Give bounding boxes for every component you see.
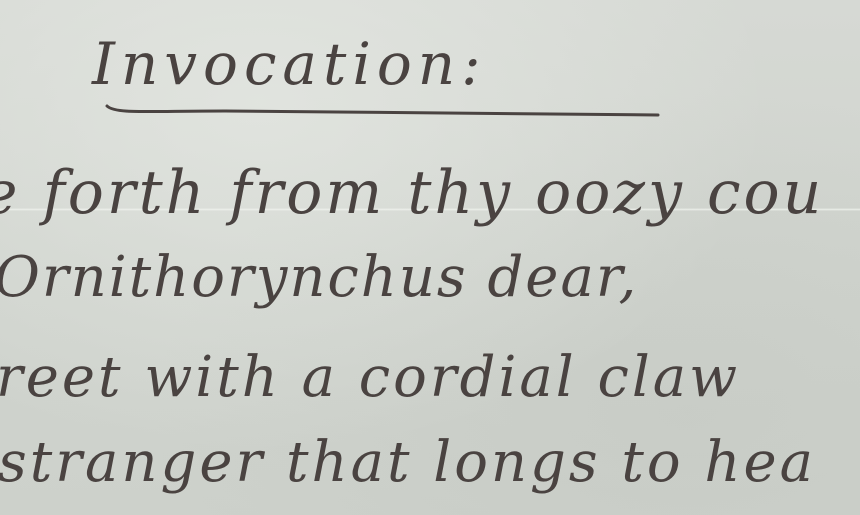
poem-title: Invocation: bbox=[92, 30, 487, 98]
poem-line-4: stranger that longs to hea bbox=[0, 430, 816, 495]
poem-line-3: reet with a cordial claw bbox=[0, 345, 740, 410]
title-underline bbox=[105, 100, 660, 120]
poem-line-2: Ornithorynchus dear, bbox=[0, 245, 638, 310]
manuscript-page: Invocation: e forth from thy oozy cou Or… bbox=[0, 0, 860, 515]
poem-line-1: e forth from thy oozy cou bbox=[0, 158, 824, 228]
